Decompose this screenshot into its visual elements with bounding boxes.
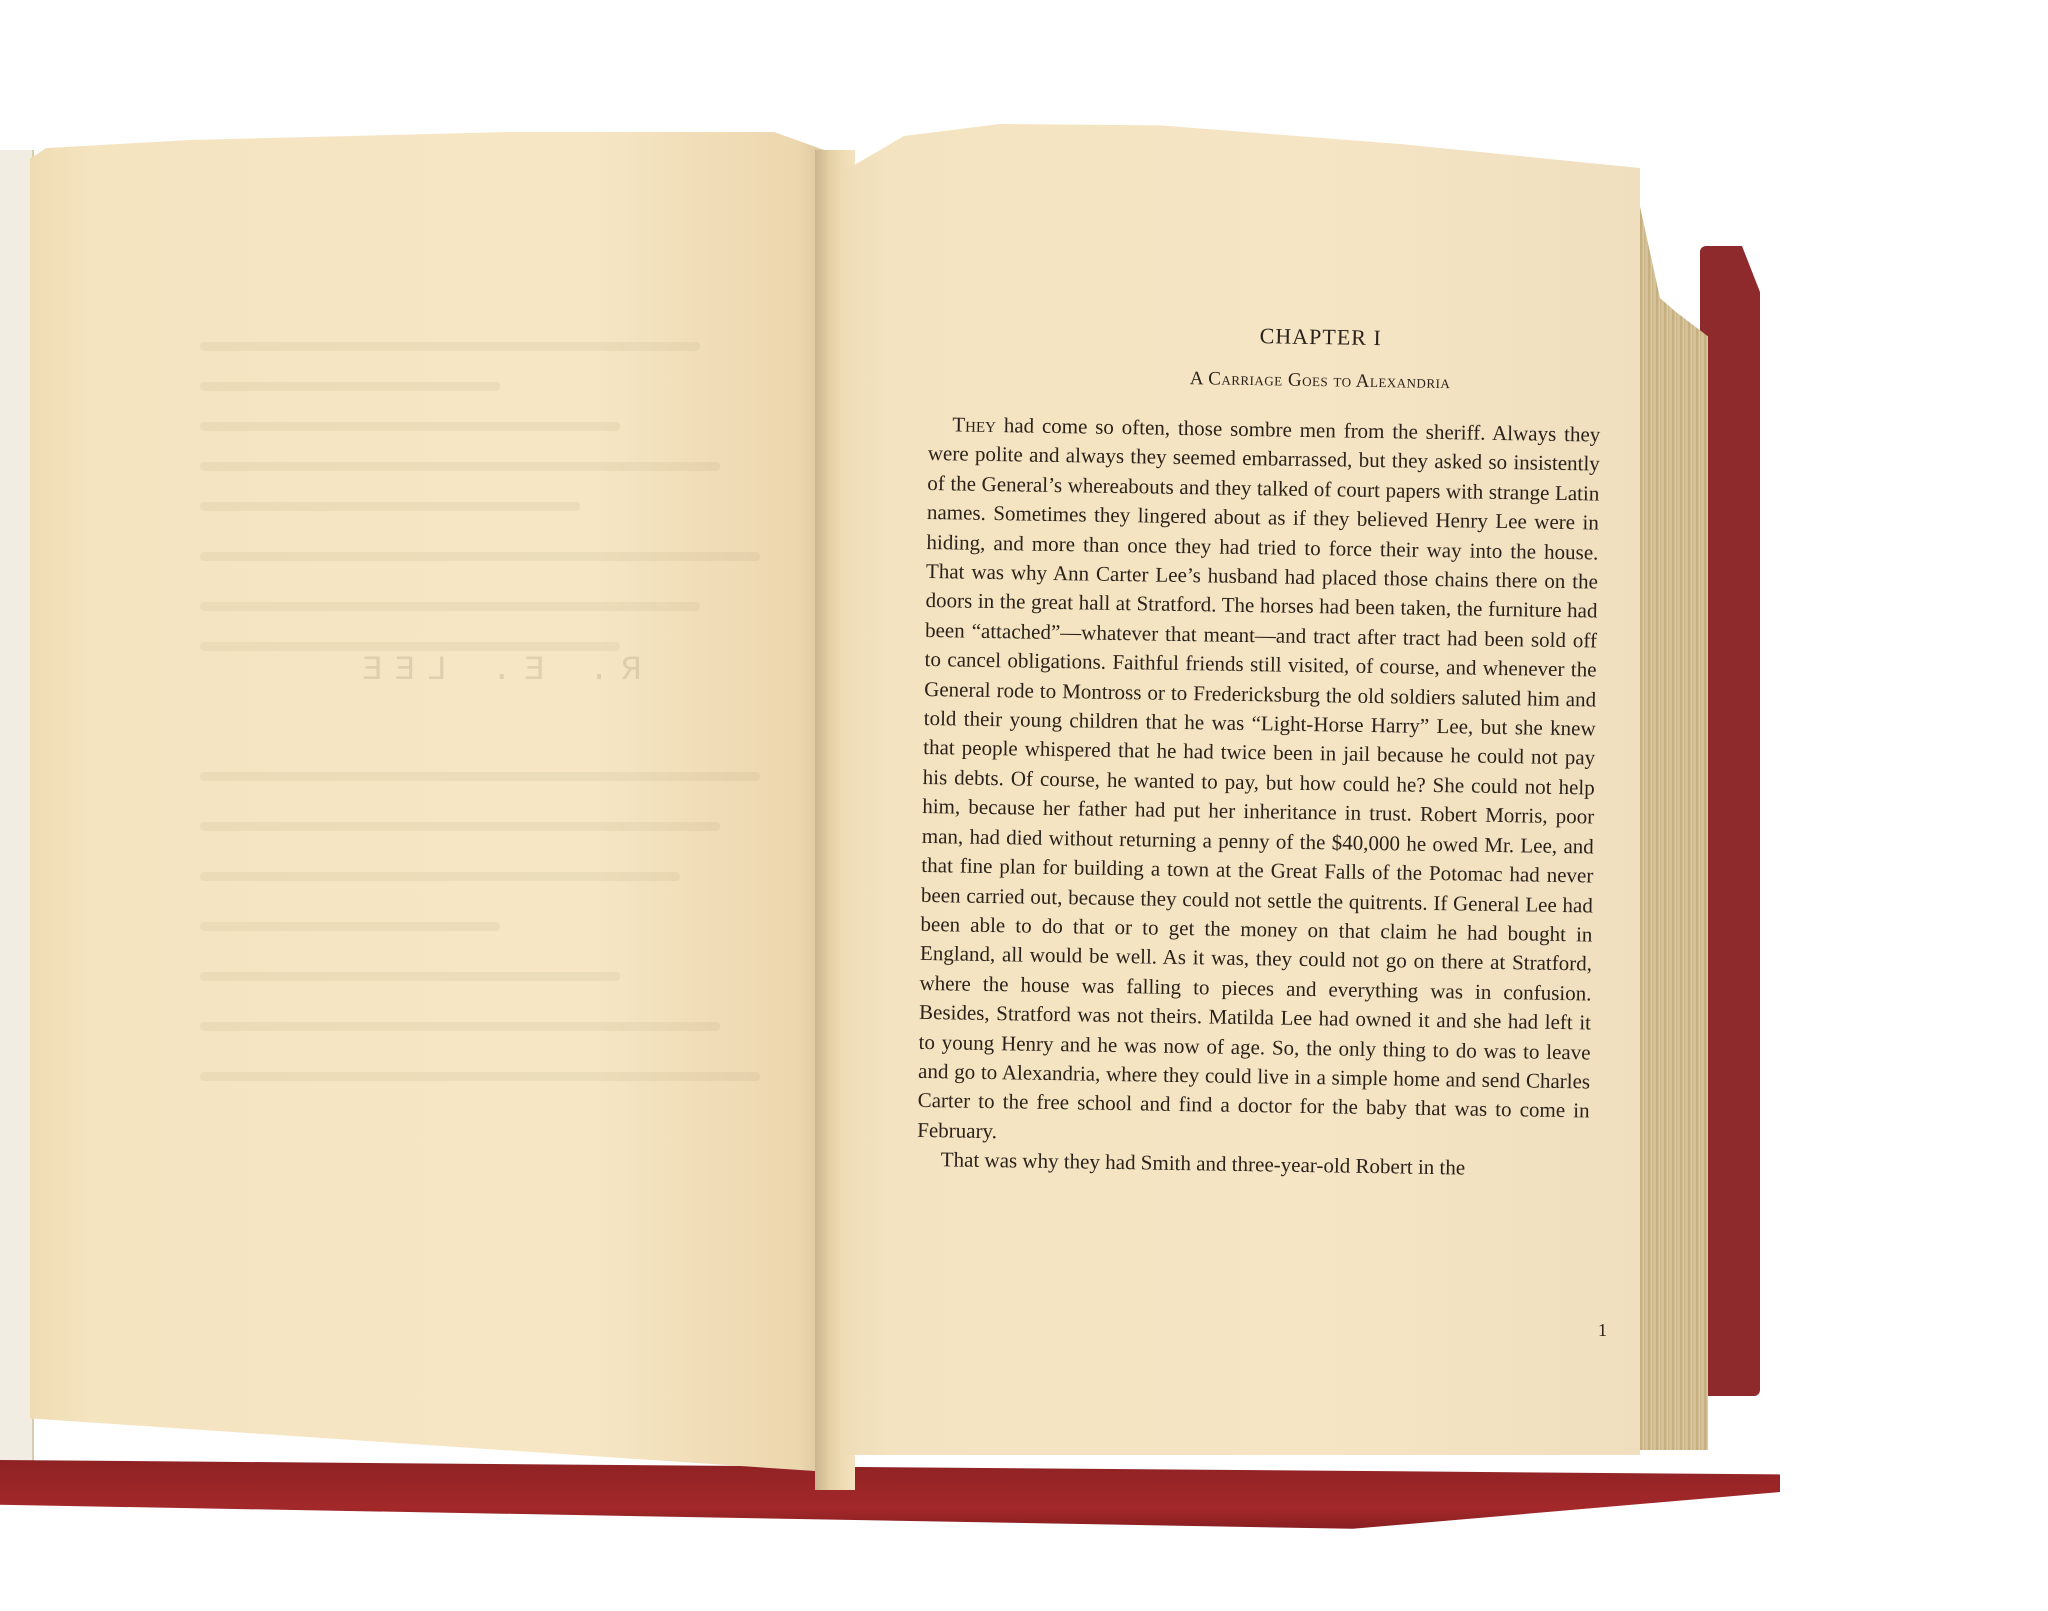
paragraph-text: That was why they had Smith and three-ye… [941, 1147, 1466, 1179]
left-page-stack [0, 150, 34, 1470]
page-number: 1 [1598, 1320, 1607, 1341]
paragraph: They had come so often, those sombre men… [917, 410, 1600, 1156]
book-cover-bottom-edge [0, 1460, 1780, 1540]
right-page-text: CHAPTER I A Carriage Goes to Alexandria … [917, 318, 1602, 1185]
book-cover-right-board [1700, 246, 1760, 1396]
open-book-photo: R. E. LEE CHAPTER I A Carriage Goes to A… [0, 0, 2048, 1611]
show-through-text: R. E. LEE [180, 132, 780, 1472]
page-block-edges [1628, 170, 1708, 1450]
chapter-title: A Carriage Goes to Alexandria [1039, 366, 1601, 397]
paragraph-text: had come so often, those sombre men from… [917, 413, 1600, 1143]
paragraph-lead-word: They [952, 412, 996, 437]
left-page: R. E. LEE [30, 132, 830, 1472]
body-text: They had come so often, those sombre men… [917, 410, 1601, 1185]
mirrored-title: R. E. LEE [350, 652, 642, 690]
